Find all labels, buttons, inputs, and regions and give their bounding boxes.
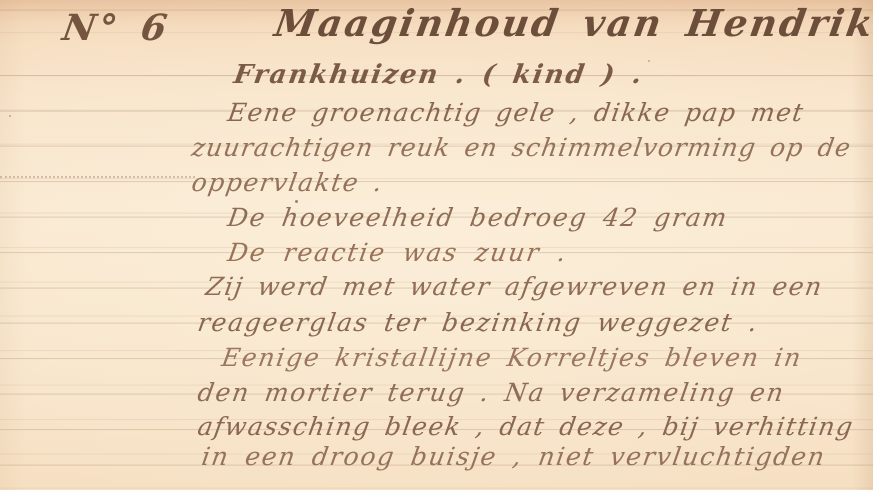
manuscript-line-8: De reactie was zuur . xyxy=(226,240,569,265)
manuscript-line-1: N° 6 xyxy=(60,10,172,46)
manuscript-line-2: Maaginhoud van Hendrik . xyxy=(272,5,873,42)
manuscript-line-12: den mortier terug . Na verzameling en xyxy=(196,380,787,405)
manuscript-line-5: zuurachtigen reuk en schimmelvorming op … xyxy=(190,135,853,160)
manuscript-line-14: in een droog buisje , niet vervluchtigde… xyxy=(200,444,828,469)
manuscript-line-11: Eenige kristallijne Korreltjes bleven in xyxy=(220,345,804,370)
ink-speck xyxy=(9,115,11,117)
dotted-rule-fragment xyxy=(0,176,195,178)
manuscript-page: N° 6Maaginhoud van Hendrik .Frankhuizen … xyxy=(0,0,873,490)
manuscript-line-6: oppervlakte . xyxy=(190,170,385,195)
manuscript-line-9: Zij werd met water afgewreven en in een xyxy=(204,274,825,299)
manuscript-line-3: Frankhuizen . ( kind ) . xyxy=(232,62,645,88)
manuscript-line-7: De hoeveelheid bedroeg 42 gram xyxy=(226,205,730,230)
manuscript-line-10: reageerglas ter bezinking weggezet . xyxy=(196,310,761,335)
manuscript-line-4: Eene groenachtig gele , dikke pap met xyxy=(226,100,806,125)
ink-speck xyxy=(648,60,650,62)
manuscript-line-13: afwassching bleek , dat deze , bij verhi… xyxy=(196,414,856,439)
